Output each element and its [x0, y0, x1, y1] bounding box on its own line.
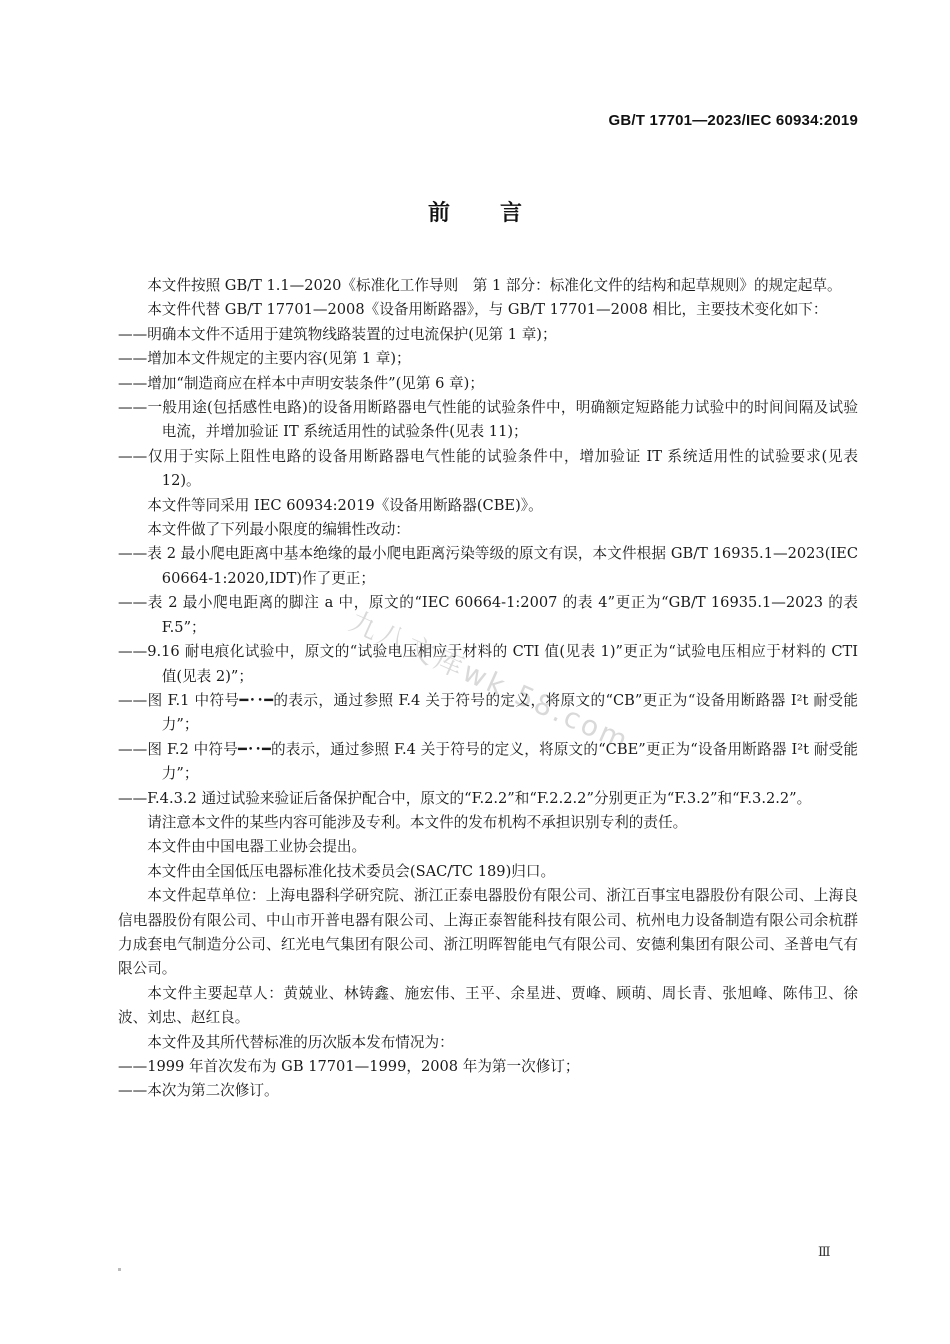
dash: —— — [118, 738, 147, 762]
dash: —— — [118, 640, 147, 664]
change-item: ——一般用途(包括感性电路)的设备用断路器电气性能的试验条件中，明确额定短路能力… — [118, 396, 858, 445]
dash: —— — [118, 347, 147, 371]
paragraph-proposed-by: 本文件由中国电器工业协会提出。 — [118, 835, 858, 859]
change-item: ——仅用于实际上阻性电路的设备用断路器电气性能的试验条件中，增加验证 IT 系统… — [118, 445, 858, 494]
dash: —— — [118, 1055, 147, 1079]
change-item: ——明确本文件不适用于建筑物线路装置的过电流保护(见第 1 章)； — [118, 323, 858, 347]
dash: —— — [118, 323, 147, 347]
history-item: ——1999 年首次发布为 GB 17701—1999，2008 年为第一次修订… — [118, 1055, 858, 1079]
change-item: ——增加“制造商应在样本中声明安装条件”(见第 6 章)； — [118, 372, 858, 396]
dash: —— — [118, 396, 147, 420]
paragraph-equivalent: 本文件等同采用 IEC 60934:2019《设备用断路器(CBE)》。 — [118, 494, 858, 518]
paragraph-replaces: 本文件代替 GB/T 17701—2008《设备用断路器》，与 GB/T 177… — [118, 298, 858, 322]
dash: —— — [118, 787, 147, 811]
edit-item: ——F.4.3.2 通过试验来验证后备保护配合中，原文的“F.2.2”和“F.2… — [118, 787, 858, 811]
paragraph-drafting-units: 本文件起草单位：上海电器科学研究院、浙江正泰电器股份有限公司、浙江百事宝电器股份… — [118, 884, 858, 982]
paragraph-drafters: 本文件主要起草人：黄兢业、林铸鑫、施宏伟、王平、余星进、贾峰、顾萌、周长青、张旭… — [118, 982, 858, 1031]
paragraph-history: 本文件及其所代替标准的历次版本发布情况为： — [118, 1031, 858, 1055]
dash: —— — [118, 591, 147, 615]
dash: —— — [118, 445, 147, 469]
change-item: ——增加本文件规定的主要内容(见第 1 章)； — [118, 347, 858, 371]
paragraph-centralized-by: 本文件由全国低压电器标准化技术委员会(SAC/TC 189)归口。 — [118, 860, 858, 884]
page-title: 前言 — [0, 196, 950, 227]
history-item: ——本次为第二次修订。 — [118, 1079, 858, 1103]
foreword-body: 本文件按照 GB/T 1.1—2020《标准化工作导则 第 1 部分：标准化文件… — [118, 274, 858, 1104]
page-number: Ⅲ — [818, 1245, 831, 1260]
scan-dot — [118, 1268, 121, 1271]
dash: —— — [118, 542, 147, 566]
edit-item: ——9.16 耐电痕化试验中，原文的“试验电压相应于材料的 CTI 值(见表 1… — [118, 640, 858, 689]
dash: —— — [118, 1079, 147, 1103]
dash: —— — [118, 372, 147, 396]
edit-item: ——表 2 最小爬电距离中基本绝缘的最小爬电距离污染等级的原文有误，本文件根据 … — [118, 542, 858, 591]
paragraph-patent-notice: 请注意本文件的某些内容可能涉及专利。本文件的发布机构不承担识别专利的责任。 — [118, 811, 858, 835]
edit-item: ——表 2 最小爬电距离的脚注 a 中，原文的“IEC 60664-1:2007… — [118, 591, 858, 640]
edit-item: ——图 F.1 中符号━･･━的表示，通过参照 F.4 关于符号的定义，将原文的… — [118, 689, 858, 738]
dash: —— — [118, 689, 147, 713]
edit-item: ——图 F.2 中符号━･･━的表示，通过参照 F.4 关于符号的定义，将原文的… — [118, 738, 858, 787]
standard-code-header: GB/T 17701—2023/IEC 60934:2019 — [609, 112, 859, 129]
paragraph-editorial-changes: 本文件做了下列最小限度的编辑性改动： — [118, 518, 858, 542]
paragraph-drafting-rules: 本文件按照 GB/T 1.1—2020《标准化工作导则 第 1 部分：标准化文件… — [118, 274, 858, 298]
